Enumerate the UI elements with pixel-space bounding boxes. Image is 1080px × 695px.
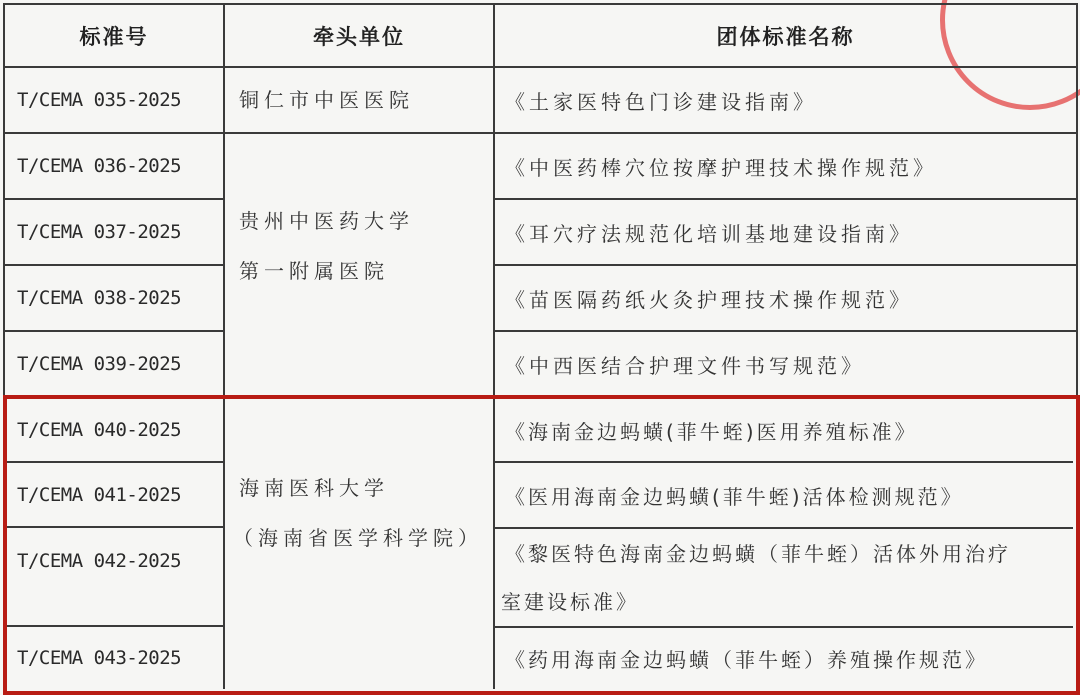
lead-unit-name-line1: 贵州中医药大学: [239, 196, 414, 246]
standard-code: T/CEMA 038-2025: [5, 266, 223, 330]
standard-title: 《土家医特色门诊建设指南》: [495, 68, 1076, 132]
standard-code: T/CEMA 035-2025: [5, 68, 223, 132]
header-standard-number: 标准号: [5, 5, 223, 66]
lead-unit-name-line2: 第一附属医院: [239, 246, 389, 296]
standard-title: 《中西医结合护理文件书写规范》: [495, 332, 1076, 396]
header-standard-name: 团体标准名称: [495, 5, 1076, 66]
standard-title: 《中医药棒穴位按摩护理技术操作规范》: [495, 134, 1076, 198]
header-lead-unit: 牵头单位: [225, 5, 493, 66]
table-border-right: [1076, 3, 1078, 395]
highlight-box: [3, 395, 1080, 695]
lead-unit: 铜仁市中医医院: [225, 68, 493, 132]
standard-title: 《耳穴疗法规范化培训基地建设指南》: [495, 200, 1076, 264]
standard-title: 《苗医隔药纸火灸护理技术操作规范》: [495, 266, 1076, 330]
standard-code: T/CEMA 039-2025: [5, 332, 223, 396]
standard-code: T/CEMA 037-2025: [5, 200, 223, 264]
lead-unit-name: 铜仁市中医医院: [239, 75, 414, 125]
document-page: 标准号 牵头单位 团体标准名称 T/CEMA 035-2025 T/CEMA 0…: [0, 0, 1080, 695]
lead-unit: 贵州中医药大学 第一附属医院: [225, 134, 493, 396]
standard-code: T/CEMA 036-2025: [5, 134, 223, 198]
